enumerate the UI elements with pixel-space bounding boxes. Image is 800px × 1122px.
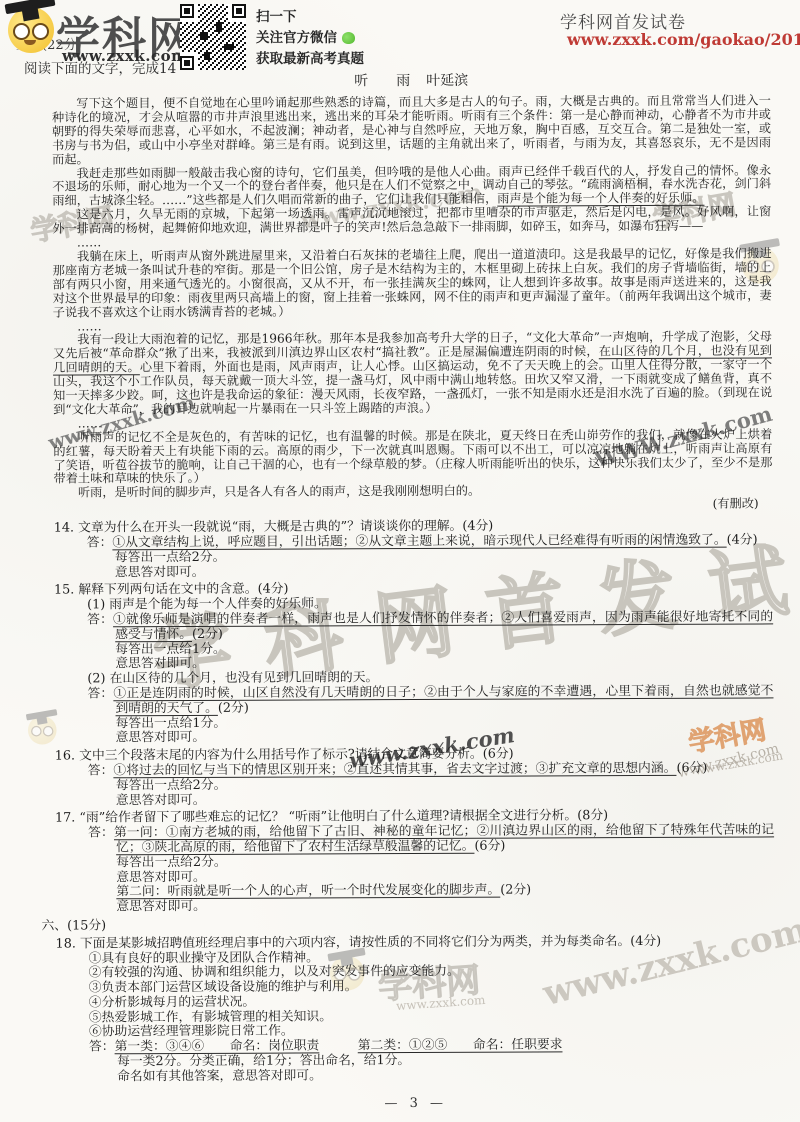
text-segment: 每答出一点给2分。 xyxy=(116,778,227,793)
text-segment: ④分析影城每月的运营状况。 xyxy=(89,995,255,1011)
text-segment: 答： xyxy=(87,535,113,550)
underlined-text: 第一类：③④⑥ 命名：岗位职责 xyxy=(115,1039,320,1055)
text-segment: 每答出一点给2分。 xyxy=(116,855,227,870)
text-segment: …… xyxy=(77,235,101,249)
qa-ans-line: 答：第一问：①南方老城的雨，给他留下了古旧、神秘的童年记忆；②川滇边界山区的雨，… xyxy=(55,824,774,857)
underlined-text: ①从文章结构上说，呼应题目，引出话题；②从文章主题上来说，暗示现代人已经难得有听… xyxy=(112,533,726,551)
zxxk-mascot-icon xyxy=(8,7,54,53)
glasses-icon xyxy=(13,23,30,40)
text-segment: (2分) xyxy=(218,700,249,715)
text-segment: 每答出一点给1分。 xyxy=(116,715,227,730)
qa-ans-line: 答：①从文章结构上说，呼应题目，引出话题；②从文章主题上来说，暗示现代人已经难得… xyxy=(54,533,773,551)
text-segment: ⑤热爱影城工作，有影城管理的相关知识。 xyxy=(89,1009,332,1025)
qa-blocks: 14. 文章为什么在开头一段就说“雨，大概是古典的”？请谈谈你的理解。(4分)答… xyxy=(54,519,775,1086)
glasses-icon xyxy=(32,23,49,40)
text-segment xyxy=(319,1039,357,1054)
qa-ans-line: 答：①将过去的回忆与当下的情思区别开来；②直述其情其事，省去文字过渡；③扩充文章… xyxy=(55,761,774,779)
text-segment: 写下这个题目，便不自觉地在心里吟诵起那些熟悉的诗篇，而且大多是古人的句子。雨，大… xyxy=(52,93,771,166)
text-segment: ②有较强的沟通、协调和组织能力，以及对突发事件的应变能力。 xyxy=(89,964,460,981)
text-segment: ①具有良好的职业操守及团队合作精神。 xyxy=(89,950,319,966)
text-segment: 意思答对即可。 xyxy=(116,899,206,914)
scanned-exam-page: 五、(22分) 阅读下面的文字，完成14 学科网 www.zxxk.com xyxy=(0,0,800,1122)
essay-paragraph: 我躺在床上，听雨声从窗外跳进屋里来，又沿着白石灰抹的老墙往上爬，爬出一道道渍印。… xyxy=(53,247,772,320)
text-segment: ③负责本部门运营区域设备设施的维护与利用。 xyxy=(89,979,358,995)
essay-paragraph: 这是六月，久旱无雨的京城，下起第一场透雨。雷声沉沉地滚过，把都市里嘈杂的市声驱走… xyxy=(52,206,771,237)
text-segment: 答： xyxy=(89,1040,115,1055)
text-segment: (2分) xyxy=(192,627,223,642)
text-segment: 每一类2分。分类正确，给1分；答出命名，给1分。 xyxy=(117,1053,410,1069)
document-content: 听 雨叶延滨 写下这个题目，便不自觉地在心里吟诵起那些熟悉的诗篇，而且大多是古人… xyxy=(52,68,776,1112)
text-segment: 意思答对即可。 xyxy=(115,656,205,671)
qr-caption-line: 扫一下 xyxy=(256,7,364,28)
text-segment: 这是六月，久旱无雨的京城，下起第一场透雨。雷声沉沉地滚过，把都市里嘈杂的市声驱走… xyxy=(52,205,771,236)
text-segment: 每答出一点给2分。 xyxy=(115,550,226,565)
qa-ans-line: 答：①正是连阴雨的时候，山区自然没有几天晴朗的日子；②由于个人与家庭的不幸遭遇，… xyxy=(54,684,773,717)
text-segment: …… xyxy=(78,416,102,430)
text-segment: 答： xyxy=(88,825,114,840)
text-segment: …… xyxy=(77,319,101,333)
text-segment: 答： xyxy=(87,686,113,701)
wechat-icon xyxy=(342,32,355,44)
underlined-text: ①将过去的回忆与当下的情思区别开来；②直述其情其事，省去文字过渡；③扩充文章的思… xyxy=(113,761,676,778)
essay-paragraphs: 写下这个题目，便不自觉地在心里吟诵起那些熟悉的诗篇，而且大多是古人的句子。雨，大… xyxy=(52,94,773,514)
qa-note-line: 意思答对即可。 xyxy=(54,563,773,581)
qa-note-line: 意思答对即可。 xyxy=(55,791,774,809)
underlined-text: 第二类：①②⑤ 命名：任职要求 xyxy=(358,1038,563,1054)
text-segment: (4分) xyxy=(727,532,758,547)
page-number: — 3 — xyxy=(56,1094,775,1112)
brand-url: www.zxxk.com xyxy=(62,47,187,65)
publisher-url: www.zxxk.com/gaokao/2014/ xyxy=(567,30,800,49)
underlined-text: 雨声是个能为每一个人伴奏的好乐师。 xyxy=(497,191,704,206)
qr-caption: 扫一下 关注官方微信 获取最新高考真题 xyxy=(256,7,364,70)
essay-author: 叶延滨 xyxy=(426,73,468,89)
underlined-text: ①正是连阴雨的时候，山区自然没有几天晴朗的日子；②由于个人与家庭的不幸遭遇，心里… xyxy=(113,683,773,716)
qa-note-line: 命名如有其他答案，意思答对即可。 xyxy=(56,1067,775,1085)
text-segment: 六、(15分) xyxy=(41,918,106,933)
text-segment: 听雨声的记忆不全是灰色的，有苦味的记忆，也有温馨的时候。那是在陕北，夏天终日在秃… xyxy=(53,427,772,486)
underlined-text: 第二问：听雨就是听一个人的心声，听一个时代发展变化的脚步声。 xyxy=(116,883,500,900)
essay-paragraph: 我有一段让大雨泡着的记忆，那是1966年秋。那年本是我参加高考升大学的日子，“文… xyxy=(53,331,772,418)
essay-paragraph: 写下这个题目，便不自觉地在心里吟诵起那些熟悉的诗篇，而且大多是古人的句子。雨，大… xyxy=(52,94,771,167)
text-segment: (6分) xyxy=(474,839,505,854)
qr-caption-line: 获取最新高考真题 xyxy=(256,49,364,70)
text-segment: 答： xyxy=(88,763,114,778)
text-segment: (2) 在山区待的几个月，也没有见到几回晴朗的天。 xyxy=(87,670,378,686)
graduation-cap-icon xyxy=(5,0,56,14)
qa-ans-line: 答：①就像乐师是演唱的伴奏者一样，雨声也是人们抒发情怀的伴奏者；②人们喜爱雨声，… xyxy=(54,610,773,643)
text-segment: ⑥协助运营经理管理影院日常工作。 xyxy=(89,1024,294,1040)
text-segment: 意思答对即可。 xyxy=(116,792,206,807)
qa-note-line: 意思答对即可。 xyxy=(55,729,774,747)
qr-caption-line: 关注官方微信 xyxy=(256,28,364,49)
qa-section-line: 六、(15分) xyxy=(41,916,774,934)
text-segment: 15. 解释下列两句话在文中的含意。(4分) xyxy=(54,582,289,598)
qa-note-line: 意思答对即可。 xyxy=(55,898,774,916)
text-segment: 命名如有其他答案，意思答对即可。 xyxy=(117,1068,322,1084)
text-segment: 答： xyxy=(87,612,113,627)
text-segment: 意思答对即可。 xyxy=(115,564,205,579)
text-segment: (1) 雨声是个能为每一个人伴奏的好乐师。 xyxy=(87,597,327,613)
underlined-text: 第一问：①南方老城的雨，给他留下了古旧、神秘的童年记忆；②川滇边界山区的雨，给他… xyxy=(114,823,774,856)
qr-code xyxy=(180,4,246,70)
text-segment: 每答出一点给1分。 xyxy=(115,641,226,656)
mouth-shape xyxy=(24,40,36,45)
essay-paragraph: 我赶走那些如雨脚一般敲击我心窗的诗句，它们虽美，但吟哦的是他人心曲。雨声已经伴千… xyxy=(52,164,771,209)
text-segment: 我躺在床上，听雨声从窗外跳进屋里来，又沿着白石灰抹的老墙往上爬，爬出一道道渍印。… xyxy=(53,246,772,319)
text-segment: (2分) xyxy=(500,883,531,898)
text-segment: 18. 下面是某影城招聘值班经理启事中的六项内容，请按性质的不同将它们分为两类，… xyxy=(56,934,662,952)
text-segment: (6分) xyxy=(676,761,707,776)
essay-paragraph: (有删改) xyxy=(54,498,773,515)
text-segment: 意思答对即可。 xyxy=(116,730,206,745)
essay-paragraph: 听雨声的记忆不全是灰色的，有苦味的记忆，也有温馨的时候。那是在陕北，夏天终日在秃… xyxy=(53,428,772,487)
text-segment: (有删改) xyxy=(713,497,759,511)
essay-title-text: 听 雨 xyxy=(354,73,410,89)
text-segment: 心里下着雨，外面也是雨，风声雨声，让人心悸。山区搞运动，免不了天天晚上的会。山里… xyxy=(53,358,772,417)
text-segment: 听雨，是听时间的脚步声，只是各人有各人的雨声，这是我刚刚想明白的。 xyxy=(78,484,480,500)
essay-title: 听 雨叶延滨 xyxy=(52,68,771,91)
text-segment: 意思答对即可。 xyxy=(116,869,206,884)
